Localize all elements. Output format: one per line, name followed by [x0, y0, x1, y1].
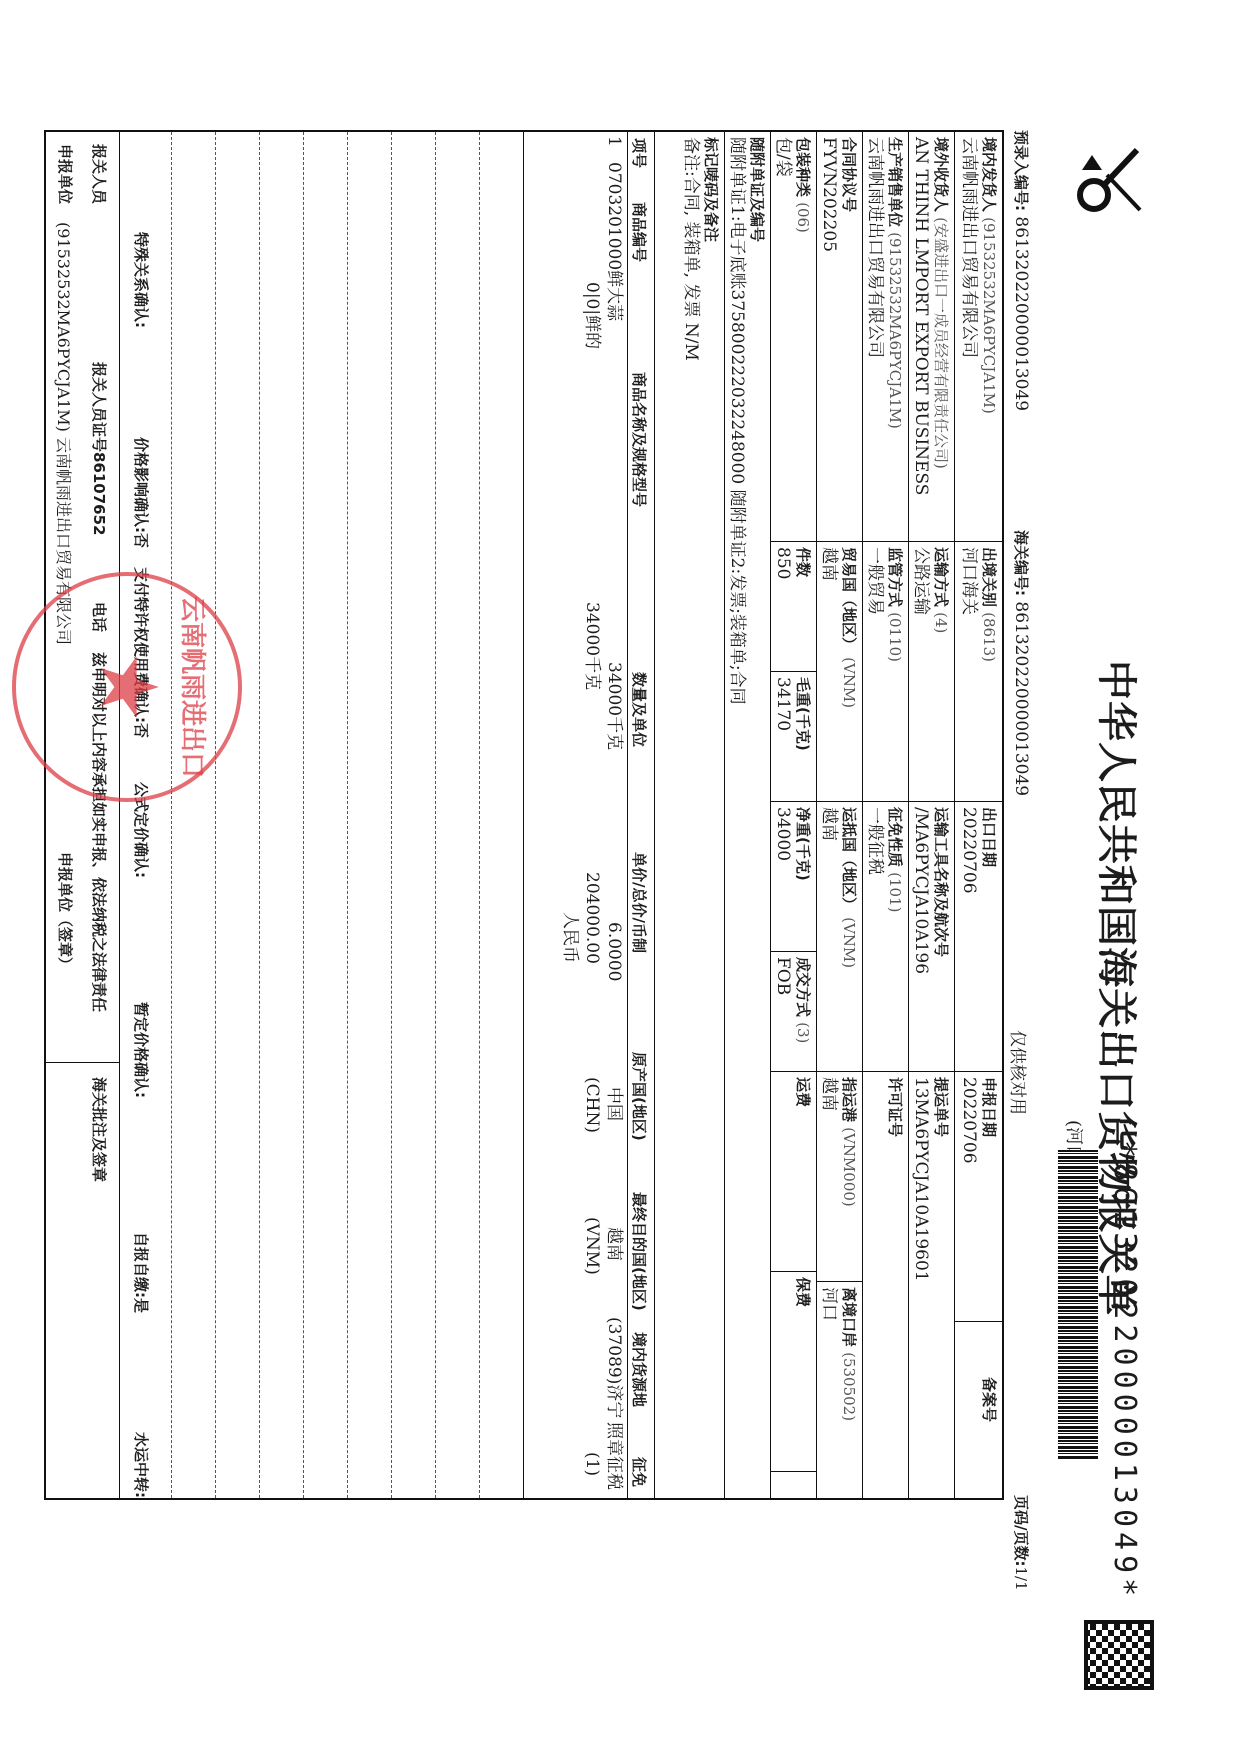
item-no: 1 [604, 136, 624, 147]
goods-header: 数量及单位 [629, 672, 650, 747]
item-levy-code: (1) [582, 1452, 602, 1476]
goods-table: 项号 商品编号 商品名称及规格型号 数量及单位 单价/总价/币制 原产国(地区)… [523, 132, 654, 1498]
goods-header: 境内货源地 [629, 1332, 650, 1407]
field-gross-weight: 毛重(千克)34170 [771, 672, 816, 802]
goods-header: 项号 [629, 138, 650, 168]
field-record-no: 备案号 [955, 1322, 1002, 1502]
field-destination-country: 运抵国（地区） (VNM)越南 [817, 802, 862, 1072]
goods-header: 商品编号 [629, 202, 650, 262]
declaring-unit: (91532532MA6PYCJA1M) 云南帆雨进出口贸易有限公司 [53, 222, 76, 645]
field-attached-docs: 随附单证及编号随附单证1:电子底账375800222032248000 随附单证… [725, 132, 770, 1498]
item-destination-code: (VNM) [582, 1217, 602, 1275]
goods-header: 原产国(地区) [629, 1052, 650, 1141]
field-export-date: 出口日期20220706 [955, 802, 1002, 1072]
goods-header: 最终目的国(地区) [629, 1192, 650, 1311]
field-levy-nature: 征免性质 (101)一般征税 [863, 802, 908, 1072]
field-domestic-consignor: 境内发货人 (91532532MA6PYCJA1M)云南帆雨进出口贸易有限公司 [955, 132, 1002, 542]
provisional-price: 暂定价格确认: [131, 1002, 152, 1098]
row-consignor: 境内发货人 (91532532MA6PYCJA1M)云南帆雨进出口贸易有限公司 … [954, 132, 1002, 1498]
item-qty: 34000千克 [604, 662, 624, 750]
field-supervision-mode: 监管方式 (0110)一般贸易 [863, 542, 908, 802]
item-levy: 照章征税 [604, 1422, 624, 1490]
barcode-text: *861320220000013049* [1107, 1140, 1142, 1601]
goods-header: 征免 [629, 1457, 650, 1487]
row-packaging: 包装种类 (06)包/袋 件数850 毛重(千克)34170 净重(千克)340… [770, 132, 816, 1498]
special-relation: 特殊关系确认: [131, 232, 152, 328]
field-exit-customs: 出境关别 (8613)河口海关 [955, 542, 1002, 802]
field-exit-port: 离境口岸 (530502)河口 [817, 1282, 862, 1502]
row-producer: 生产销售单位 (91532532MA6PYCJA1M)云南帆雨进出口贸易有限公司… [862, 132, 908, 1498]
item-origin-code: (CHN) [582, 1077, 602, 1133]
item-total-price: 204000.00 [582, 872, 602, 964]
field-misc-fees [771, 1472, 816, 1502]
declaration-sheet: 中华人民共和国海关出口货物报关单 (河口海关) *861320220000013… [20, 100, 1160, 1754]
confirmations-row: 特殊关系确认: 价格影响确认:否 支付特许权使用费确认:否 公式定价确认: 暂定… [119, 132, 166, 1498]
item-spec: 0|0|鲜的 [582, 282, 602, 349]
declarant-label: 报关人员 [89, 144, 110, 204]
page-count: 页码/页数:1/1 [1011, 1495, 1032, 1591]
field-license-no: 许可证号 [863, 1072, 908, 1502]
item-destination: 越南 [604, 1227, 624, 1261]
field-bill-of-lading: 提运单号13MA6PYCJA10A19601 [909, 1072, 954, 1502]
row-attached-docs: 随附单证及编号随附单证1:电子底账375800222032248000 随附单证… [724, 132, 770, 1498]
barcode-icon [1058, 1150, 1098, 1460]
declarant-cert: 报关人员证号86107652 [89, 362, 110, 536]
field-overseas-consignee: 境外收货人 (安盛进出口一成员经营有限责任公司)AN THINH LMPORT … [909, 132, 954, 542]
item-currency: 人民币 [560, 912, 580, 963]
field-package-type: 包装种类 (06)包/袋 [771, 132, 816, 542]
goods-header: 商品名称及规格型号 [629, 372, 650, 507]
company-seal: 云南帆雨进出口 ★ [12, 572, 242, 802]
customs-emblem-icon [1062, 135, 1152, 225]
field-transport-mode: 运输方式 (4)公路运输 [909, 542, 954, 802]
item-origin: 中国 [604, 1087, 624, 1121]
field-net-weight: 净重(千克)34000 [771, 802, 816, 952]
price-influence: 价格影响确认:否 [131, 437, 152, 548]
field-trade-country: 贸易国（地区） (VNM)越南 [817, 542, 862, 802]
row-contract: 合同协议号FYVN202205 贸易国（地区） (VNM)越南 运抵国（地区） … [816, 132, 862, 1498]
unit-sign: 申报单位（签章） [55, 852, 76, 972]
field-marks-remarks: 标记唛码及备注备注:合同, 装箱单, 发票 N/M [655, 132, 724, 1498]
field-insurance: 保费 [771, 1272, 816, 1472]
field-declaration-date: 申报日期20220706 [955, 1072, 1002, 1322]
form-frame: 境内发货人 (91532532MA6PYCJA1M)云南帆雨进出口贸易有限公司 … [44, 130, 1004, 1500]
customs-number: 海关编号: 861320220000013049 [1011, 530, 1032, 796]
qr-code-icon [1084, 1620, 1154, 1690]
declaring-unit-label: 申报单位 [55, 144, 76, 204]
item-source: (37089)济宁 [604, 1317, 624, 1418]
field-port-of-destination: 指运港 (VNM000)越南 [817, 1072, 862, 1282]
item-unit-price: 6.0000 [604, 922, 624, 981]
field-contract-no: 合同协议号FYVN202205 [817, 132, 862, 542]
item-qty-2: 34000千克 [582, 602, 602, 690]
field-transaction-mode: 成交方式 (3)FOB [771, 952, 816, 1072]
customs-approval: 海关批注及签章 [89, 1077, 110, 1182]
field-freight: 运费 [771, 1072, 816, 1272]
water-transfer: 水运中转: [131, 1432, 152, 1498]
row-marks: 标记唛码及备注备注:合同, 装箱单, 发票 N/M [654, 132, 724, 1498]
item-hs-name: 0703201000鲜大蒜 [604, 162, 624, 321]
field-conveyance: 运输工具名称及航次号/MA6PYCJA10A196 [909, 802, 954, 1072]
goods-header: 单价/总价/币制 [629, 852, 650, 953]
self-report: 自报自缴:是 [131, 1232, 152, 1313]
field-packages: 件数850 [771, 542, 816, 672]
pre-entry-number: 预录入编号: 861320220000013049 [1011, 130, 1032, 411]
field-producer-seller: 生产销售单位 (91532532MA6PYCJA1M)云南帆雨进出口贸易有限公司 [863, 132, 908, 542]
check-only-note: 仅供核对用 [1007, 1030, 1032, 1115]
row-consignee: 境外收货人 (安盛进出口一成员经营有限责任公司)AN THINH LMPORT … [908, 132, 954, 1498]
